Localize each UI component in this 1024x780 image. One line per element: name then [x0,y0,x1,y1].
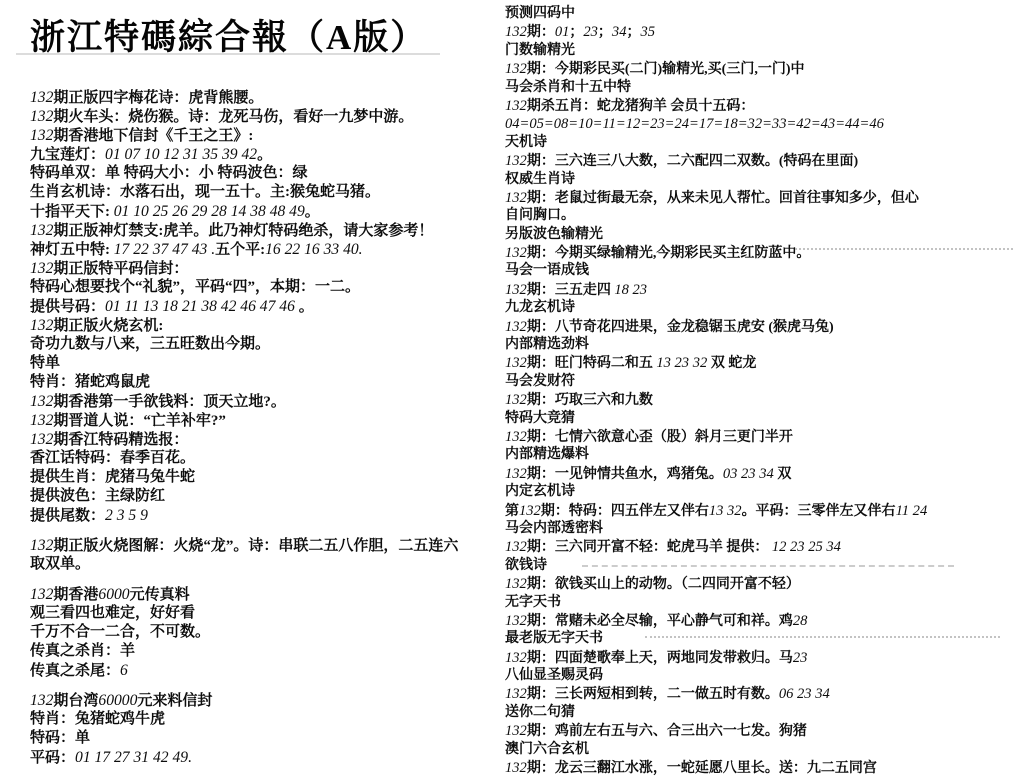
text-line: 132期：鸡前左右五与六、合三出六一七发。狗猪 [505,722,1021,740]
scan-artifact [582,565,954,567]
number-run: 28 [793,613,808,629]
text-run: 期：七情六欲意心歪（股）斜月三更门半开 [527,430,793,445]
number-run: 132 [505,539,527,555]
number-run: 132 [505,190,527,206]
text-line: 九宝莲灯：01 07 10 12 31 35 39 42。 [30,145,516,164]
text-line: 132期正版四字梅花诗：虎背熊腰。 [30,88,516,107]
text-line: 132期：四面楚歌奉上天，两地同发带救归。马23 [505,649,1021,667]
number-run: 34 [612,24,627,40]
text-line: 132期香港第一手欲钱料：顶天立地?。 [30,392,516,411]
text-line: 香江话特码：春季百花。 [30,449,516,468]
text-line: 132期：三六同开富不轻：蛇虎马羊 提供： 12 23 25 34 [505,538,1021,556]
number-run: 132 [505,613,527,629]
text-line: 132期：龙云三翻江水涨，一蛇延愿八里长。送：九二五同宫 [505,759,1021,777]
text-run: 澳门六合玄机 [505,742,589,757]
text-line: 132期台湾60000元来料信封 [30,691,516,710]
number-run: 132 [505,576,527,592]
blank-line [30,525,516,536]
newspaper-page: { "page": { "title": "浙江特碼綜合報（A版）" }, "l… [0,0,1024,780]
text-line: 提供生肖：虎猪马兔牛蛇 [30,468,516,487]
text-run: 观三看四也难定，好好看 [30,605,195,621]
text-line: 132期：今期买绿输精光,今期彩民买主红防蓝中。 [505,244,1021,262]
number-run: 01 17 27 31 42 49. [75,749,192,766]
text-line: 提供波色：主绿防红 [30,487,516,506]
number-run: 6000 [98,586,129,603]
text-run: 马会杀肖和十五中特 [505,80,631,95]
number-run: 13 23 32 [656,355,711,371]
text-run: 期： [527,25,555,40]
text-run: 千万不合一二合，不可数。 [30,624,210,640]
number-run: 132 [505,686,527,702]
text-run: 九宝莲灯： [30,147,105,163]
text-run: 提供生肖：虎猪马兔牛蛇 [30,469,195,485]
text-line: 特肖：猪蛇鸡鼠虎 [30,373,516,392]
right-column: 预测四码中132期：01；23；34；35门数输精光132期：今期彩民买(二门)… [505,5,1021,777]
text-run: 期：三长两短相到转，二一做五时有数。 [527,687,779,702]
number-run: 132 [505,760,527,776]
blank-line [30,680,516,691]
text-run: 期：三六连三八大数，二六配四二双数。(特码在里面) [527,154,858,169]
text-run: 期：旺门特码二和五 [527,356,657,371]
text-run: ； [569,25,583,40]
text-run: 送你二句猜 [505,705,575,720]
text-run: ； [626,25,640,40]
number-run: 13 32 [709,503,742,519]
number-run: 132 [505,98,527,114]
number-run: 6 [120,662,128,679]
number-run: 132 [505,282,527,298]
number-run: 01 10 25 26 29 28 14 38 48 49 [114,203,305,220]
text-run: 特码大竞猜 [505,411,575,426]
text-run: 期：三五走四 [527,283,615,298]
text-line: 预测四码中 [505,5,1021,23]
text-run: 特单 [30,355,60,371]
number-run: 06 23 34 [779,686,830,702]
text-line: 特单 [30,354,516,373]
text-run: 提供尾数： [30,508,105,524]
text-run: 期火车头：烧伤猴。诗：龙死马伤，看好一九梦中游。 [53,109,413,125]
text-run: 特码单双：单 特码大小：小 特码波色：绿 [30,165,308,181]
text-run: 期正版四字梅花诗：虎背熊腰。 [53,90,263,106]
text-line: 132期：旺门特码二和五 13 23 32 双 蛇龙 [505,354,1021,372]
text-line: 特码心想要找个“礼貌”，平码“四”，本期：一二。 [30,278,516,297]
number-run: 132 [30,222,53,239]
text-line: 132期：欲钱买山上的动物。（二四同开富不轻） [505,575,1021,593]
text-run: 预测四码中 [505,6,575,21]
text-line: 132期：八节奇花四进果，金龙稳锯玉虎安 (猴虎马兔) [505,318,1021,336]
text-run: 取双单。 [30,556,90,572]
number-run: 01 [555,24,570,40]
text-run: 五个平: [215,242,265,258]
text-run: 期正版火烧图解：火烧“龙”。诗：串联二五八作胆，二五连六 [53,538,458,554]
text-line: 提供尾数：2 3 5 9 [30,506,516,525]
number-run: 132 [519,503,541,519]
text-line: 132期：老鼠过街最无奈，从来未见人帮忙。回首往事知多少，但心 [505,189,1021,207]
text-line: 传真之杀尾：6 [30,661,516,680]
text-line: 千万不合一二合，不可数。 [30,623,516,642]
text-line: 132期：七情六欲意心歪（股）斜月三更门半开 [505,428,1021,446]
number-run: 132 [505,429,527,445]
number-run: 23 [583,24,598,40]
text-line: 内部精选劲料 [505,336,1021,354]
text-run: 无字天书 [505,595,561,610]
text-line: 无字天书 [505,594,1021,612]
text-line: 132期：一见钟情共鱼水，鸡猪兔。03 23 34 双 [505,465,1021,483]
text-line: 观三看四也难定，好好看 [30,604,516,623]
text-run: 奇功九数与八来，三五旺数出今期。 [30,336,270,352]
text-run: 期：一见钟情共鱼水，鸡猪兔。 [527,467,723,482]
text-run: 提供号码： [30,299,105,315]
text-line: 神灯五中特: 17 22 37 47 43 .五个平:16 22 16 33 4… [30,240,516,259]
text-run: 期：欲钱买山上的动物。（二四同开富不轻） [527,577,800,592]
text-line: 生肖玄机诗：水落石出，现一五十。主:猴兔蛇马猪。 [30,183,516,202]
text-run: 平码： [30,750,75,766]
text-run: 期：今期买绿输精光,今期彩民买主红防蓝中。 [527,246,811,261]
number-run: 12 23 25 34 [772,539,841,555]
text-line: 马会内部透密料 [505,520,1021,538]
blank-line [30,574,516,585]
text-run: 双 蛇龙 [711,356,757,371]
number-run: 18 23 [614,282,647,298]
text-line: 澳门六合玄机 [505,741,1021,759]
text-line: 九龙玄机诗 [505,299,1021,317]
text-run: 期香江特码精选报： [53,432,188,448]
number-run: 132 [505,24,527,40]
text-run: 期正版特平码信封： [53,261,188,277]
number-run: 132 [505,723,527,739]
text-line: 十指平天下: 01 10 25 26 29 28 14 38 48 49。 [30,202,516,221]
text-run: 期：巧取三六和九数 [527,393,653,408]
number-run: 132 [30,412,53,429]
number-run: 60000 [98,692,137,709]
number-run: 132 [505,153,527,169]
text-run: 期：今期彩民买(二门)输精光,买(三门,一门)中 [527,62,805,77]
number-run: 132 [30,431,53,448]
number-run: 03 23 34 [723,466,778,482]
text-run: 期：龙云三翻江水涨，一蛇延愿八里长。送：九二五同宫 [527,761,877,776]
text-line: 132期：巧取三六和九数 [505,391,1021,409]
text-run: 另版波色输精光 [505,227,603,242]
number-run: 132 [505,245,527,261]
text-line: 132期杀五肖：蛇龙猪狗羊 会员十五码： [505,97,1021,115]
text-line: 132期香港地下信封《千王之王》: [30,126,516,145]
number-run: 132 [30,260,53,277]
number-run: 132 [30,127,53,144]
text-line: 132期：三六连三八大数，二六配四二双数。(特码在里面) [505,152,1021,170]
text-line: 平码：01 17 27 31 42 49. [30,748,516,767]
text-run: 期：八节奇花四进果，金龙稳锯玉虎安 (猴虎马兔) [527,320,834,335]
text-line: 自问胸口。 [505,207,1021,225]
text-run: 门数输精光 [505,43,575,58]
text-run: 期晋道人说：“亡羊补牢?” [53,413,226,429]
text-line: 马会一语成钱 [505,262,1021,280]
text-line: 特肖：兔猪蛇鸡牛虎 [30,710,516,729]
number-run: 11 24 [896,503,928,519]
text-run: 内部精选劲料 [505,337,589,352]
text-run: 期：特码：四五伴左又伴右 [541,504,709,519]
number-run: 132 [30,586,53,603]
text-run: 十指平天下: [30,204,114,220]
text-line: 马会杀肖和十五中特 [505,79,1021,97]
text-run: 马会内部透密料 [505,521,603,536]
text-run: ； [598,25,612,40]
number-run: 16 22 16 33 40. [265,241,362,258]
text-run: 期杀五肖：蛇龙猪狗羊 会员十五码： [527,99,755,114]
text-run: 期正版火烧玄机: [53,318,163,334]
text-run: 马会发财符 [505,374,575,389]
text-line: 八仙显圣赐灵码 [505,667,1021,685]
text-run: 传真之杀肖：羊 [30,643,135,659]
number-run: 2 3 5 9 [105,507,148,524]
text-line: 奇功九数与八来，三五旺数出今期。 [30,335,516,354]
text-line: 132期：常赌未必全尽输，平心静气可和祥。鸡28 [505,612,1021,630]
text-line: 最老版无字天书 [505,630,1021,648]
text-run: 欲钱诗 [505,558,547,573]
text-line: 内定玄机诗 [505,483,1021,501]
text-run: 香江话特码：春季百花。 [30,450,195,466]
text-run: 期香港地下信封《千王之王》: [53,128,253,144]
text-line: 第132期：特码：四五伴左又伴右13 32。平码：三零伴左又伴右11 24 [505,502,1021,520]
text-run: 。平码：三零伴左又伴右 [742,504,896,519]
text-run: 生肖玄机诗：水落石出，现一五十。主:猴兔蛇马猪。 [30,184,380,200]
text-run: 期：鸡前左右五与六、合三出六一七发。狗猪 [527,724,807,739]
text-run: 期香港第一手欲钱料：顶天立地?。 [53,394,286,410]
text-line: 门数输精光 [505,42,1021,60]
text-run: 权威生肖诗 [505,172,575,187]
text-run: 特肖：猪蛇鸡鼠虎 [30,374,150,390]
text-run: 期：三六同开富不轻：蛇虎马羊 提供： [527,540,772,555]
text-line: 内部精选爆料 [505,446,1021,464]
text-run: 期香港 [53,587,98,603]
text-run: 元传真料 [130,587,190,603]
number-run: 132 [505,319,527,335]
text-line: 132期晋道人说：“亡羊补牢?” [30,411,516,430]
text-run: 期正版神灯禁支:虎羊。此乃神灯特码绝杀，请大家参考！ [53,223,433,239]
text-run: 九龙玄机诗 [505,300,575,315]
text-run: 特码：单 [30,730,90,746]
text-line: 特码：单 [30,729,516,748]
text-line: 132期：三长两短相到转，二一做五时有数。06 23 34 [505,685,1021,703]
text-line: 04=05=08=10=11=12=23=24=17=18=32=33=42=4… [505,115,1021,133]
number-run: 132 [30,692,53,709]
text-line: 提供号码：01 11 13 18 21 38 42 46 47 46 。 [30,297,516,316]
number-run: 04=05=08=10=11=12=23=24=17=18=32=33=42=4… [505,116,884,132]
number-run: 132 [505,466,527,482]
text-run: 期台湾 [53,693,98,709]
text-run: 神灯五中特: [30,242,114,258]
number-run: 132 [30,89,53,106]
number-run: 01 11 13 18 21 38 42 46 47 46 [105,298,299,315]
number-run: 132 [505,61,527,77]
number-run: 23 [793,650,808,666]
text-run: 第 [505,504,519,519]
text-run: 提供波色：主绿防红 [30,488,165,504]
number-run: 132 [30,393,53,410]
scan-artifact [645,636,1000,638]
text-run: 。 [305,204,320,220]
title-underline-artifact [16,53,440,55]
text-line: 132期香港6000元传真料 [30,585,516,604]
text-run: 。 [257,147,272,163]
text-run: 期：常赌未必全尽输，平心静气可和祥。鸡 [527,614,793,629]
text-line: 另版波色输精光 [505,226,1021,244]
text-line: 132期正版特平码信封： [30,259,516,278]
text-line: 送你二句猜 [505,704,1021,722]
text-run: 内定玄机诗 [505,484,575,499]
text-run: 期：老鼠过街最无奈，从来未见人帮忙。回首往事知多少，但心 [527,191,919,206]
text-run: 特肖：兔猪蛇鸡牛虎 [30,711,165,727]
number-run: 132 [30,317,53,334]
text-run: 期：四面楚歌奉上天，两地同发带救归。马 [527,651,793,666]
number-run: 132 [505,650,527,666]
text-run: 内部精选爆料 [505,447,589,462]
text-line: 特码大竞猜 [505,410,1021,428]
number-run: 132 [30,108,53,125]
text-run: 。 [299,299,314,315]
text-line: 132期：01；23；34；35 [505,23,1021,41]
text-line: 132期香江特码精选报： [30,430,516,449]
number-run: 35 [640,24,655,40]
text-line: 传真之杀肖：羊 [30,642,516,661]
text-run: 元来料信封 [137,693,212,709]
text-line: 132期火车头：烧伤猴。诗：龙死马伤，看好一九梦中游。 [30,107,516,126]
number-run: 17 22 37 47 43 . [114,241,215,258]
text-line: 132期：今期彩民买(二门)输精光,买(三门,一门)中 [505,60,1021,78]
text-line: 取双单。 [30,555,516,574]
scan-artifact [795,248,1013,250]
text-line: 132期正版火烧图解：火烧“龙”。诗：串联二五八作胆，二五连六 [30,536,516,555]
text-line: 特码单双：单 特码大小：小 特码波色：绿 [30,164,516,183]
text-run: 传真之杀尾： [30,663,120,679]
number-run: 132 [505,355,527,371]
text-run: 八仙显圣赐灵码 [505,668,603,683]
text-run: 自问胸口。 [505,208,575,223]
text-run: 最老版无字天书 [505,631,603,646]
text-run: 双 [777,467,791,482]
text-run: 马会一语成钱 [505,263,589,278]
text-run: 天机诗 [505,135,547,150]
number-run: 132 [505,392,527,408]
number-run: 132 [30,537,53,554]
text-line: 马会发财符 [505,373,1021,391]
text-line: 权威生肖诗 [505,171,1021,189]
text-run: 特码心想要找个“礼貌”，平码“四”，本期：一二。 [30,279,360,295]
text-line: 132期正版神灯禁支:虎羊。此乃神灯特码绝杀，请大家参考！ [30,221,516,240]
left-column: 132期正版四字梅花诗：虎背熊腰。132期火车头：烧伤猴。诗：龙死马伤，看好一九… [30,88,516,767]
text-line: 132期正版火烧玄机: [30,316,516,335]
text-line: 天机诗 [505,134,1021,152]
text-line: 132期：三五走四 18 23 [505,281,1021,299]
number-run: 01 07 10 12 31 35 39 42 [105,146,257,163]
